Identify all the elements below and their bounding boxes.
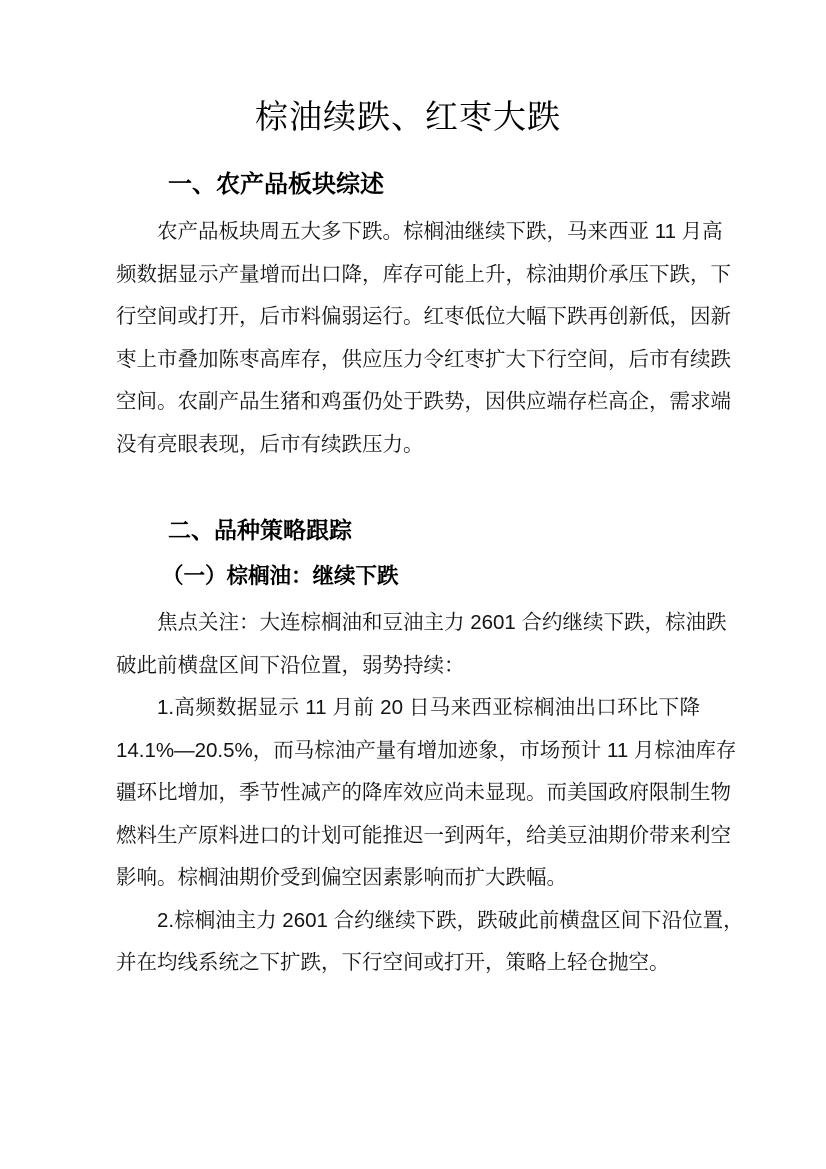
- section-2-subheading: （一）棕榈油：继续下跌: [162, 562, 700, 590]
- document-page: 棕油续跌、红枣大跌 一、农产品板块综述 农产品板块周五大多下跌。棕榈油继续下跌，…: [0, 0, 826, 1169]
- text-line: 1.高频数据显示 11 月前 20 日马来西亚棕榈油出口环比下降: [116, 687, 700, 730]
- text-line: 枣上市叠加陈枣高库存，供应压力令红枣扩大下行空间，后市有续跌: [116, 339, 700, 382]
- text-line: 2.棕榈油主力 2601 合约继续下跌，跌破此前横盘区间下沿位置，: [116, 900, 700, 943]
- text-line: 疆环比增加，季节性减产的降库效应尚未显现。而美国政府限制生物: [116, 772, 700, 815]
- text-line: 并在均线系统之下扩跌，下行空间或打开，策略上轻仓抛空。: [116, 942, 700, 985]
- document-title: 棕油续跌、红枣大跌: [116, 96, 700, 140]
- text-line: 影响。棕榈油期价受到偏空因素影响而扩大跌幅。: [116, 857, 700, 900]
- document-content: 棕油续跌、红枣大跌 一、农产品板块综述 农产品板块周五大多下跌。棕榈油继续下跌，…: [0, 96, 826, 985]
- text-line: 燃料生产原料进口的计划可能推迟一到两年，给美豆油期价带来利空: [116, 815, 700, 858]
- point-1-paragraph: 1.高频数据显示 11 月前 20 日马来西亚棕榈油出口环比下降 14.1%—2…: [116, 687, 700, 900]
- text-line: 焦点关注：大连棕榈油和豆油主力 2601 合约继续下跌，棕油跌: [116, 602, 700, 645]
- section-1-overview-paragraph: 农产品板块周五大多下跌。棕榈油继续下跌，马来西亚 11 月高 频数据显示产量增而…: [116, 211, 700, 466]
- section-1-heading: 一、农产品板块综述: [168, 170, 700, 200]
- text-line: 破此前横盘区间下沿位置，弱势持续：: [116, 645, 700, 688]
- text-line: 频数据显示产量增而出口降，库存可能上升，棕油期价承压下跌，下: [116, 254, 700, 297]
- section-2-heading: 二、品种策略跟踪: [168, 516, 700, 545]
- text-line: 没有亮眼表现，后市有续跌压力。: [116, 424, 700, 467]
- point-2-paragraph: 2.棕榈油主力 2601 合约继续下跌，跌破此前横盘区间下沿位置， 并在均线系统…: [116, 900, 700, 985]
- text-line: 农产品板块周五大多下跌。棕榈油继续下跌，马来西亚 11 月高: [116, 211, 700, 254]
- text-line: 行空间或打开，后市料偏弱运行。红枣低位大幅下跌再创新低，因新: [116, 296, 700, 339]
- focus-paragraph: 焦点关注：大连棕榈油和豆油主力 2601 合约继续下跌，棕油跌 破此前横盘区间下…: [116, 602, 700, 687]
- text-line: 空间。农副产品生猪和鸡蛋仍处于跌势，因供应端存栏高企，需求端: [116, 381, 700, 424]
- text-line: 14.1%—20.5%，而马棕油产量有增加迹象，市场预计 11 月棕油库存: [116, 730, 700, 773]
